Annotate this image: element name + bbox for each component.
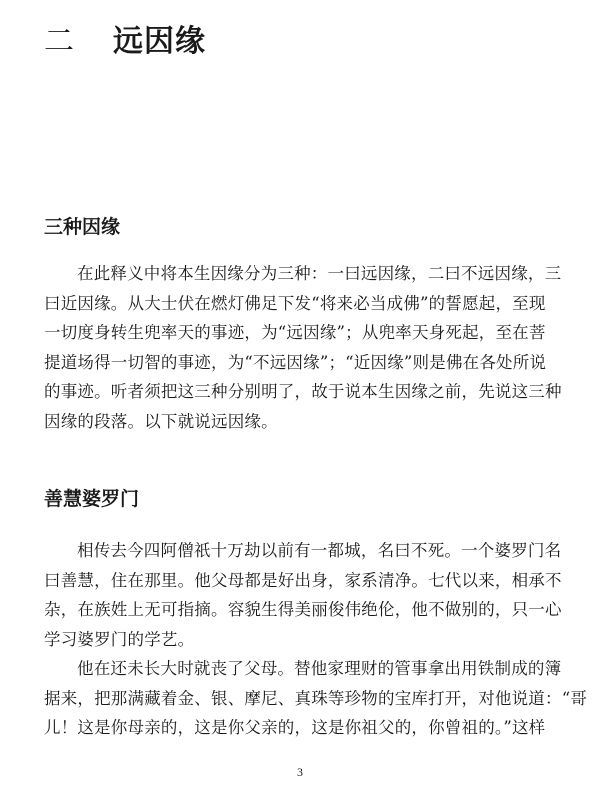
chapter-number: 二 [44,24,75,59]
paragraph: 相传去今四阿僧祇十万劫以前有一都城，名曰不死。一个婆罗门名 曰善慧，住在那里。他… [44,536,564,654]
chapter-title: 二远因缘 [44,16,206,60]
text-line: 因缘的段落。以下就说远因缘。 [44,407,564,437]
text-line: 学习婆罗门的学艺。 [44,625,564,655]
text-line: 一切度身转生兜率天的事迹，为“远因缘”；从兜率天身死起，至在菩 [44,318,564,348]
text-line: 杂，在族姓上无可指摘。容貌生得美丽俊伟绝伦，他不做别的，只一心 [44,595,564,625]
section-heading: 善慧婆罗门 [44,484,139,511]
paragraph: 他在还未长大时就丧了父母。替他家理财的管事拿出用铁制成的簿 据来，把那满藏着金、… [44,654,564,743]
text-line: 的事迹。听者须把这三种分别明了，故于说本生因缘之前，先说这三种 [44,377,564,407]
chapter-title-text: 远因缘 [113,24,206,59]
page-number: 3 [0,765,600,780]
text-line: 提道场得一切智的事迹，为“不远因缘”；“近因缘”则是佛在各处所说 [44,348,564,378]
text-line: 据来，把那满藏着金、银、摩尼、真珠等珍物的宝库打开，对他说道：“哥 [44,684,564,714]
text-line: 他在还未长大时就丧了父母。替他家理财的管事拿出用铁制成的簿 [44,654,564,684]
section-heading: 三种因缘 [44,212,120,239]
text-line: 相传去今四阿僧祇十万劫以前有一都城，名曰不死。一个婆罗门名 [44,536,564,566]
text-line: 曰近因缘。从大士伏在燃灯佛足下发“将来必当成佛”的誓愿起，至现 [44,289,564,319]
text-line: 在此释义中将本生因缘分为三种：一曰远因缘，二曰不远因缘，三 [44,259,564,289]
document-page: 二远因缘 三种因缘 在此释义中将本生因缘分为三种：一曰远因缘，二曰不远因缘，三 … [0,0,600,800]
text-line: 曰善慧，住在那里。他父母都是好出身，家系清净。七代以来，相承不 [44,566,564,596]
text-line: 儿！这是你母亲的，这是你父亲的，这是你祖父的，你曾祖的。”这样 [44,713,564,743]
paragraph: 在此释义中将本生因缘分为三种：一曰远因缘，二曰不远因缘，三 曰近因缘。从大士伏在… [44,259,564,436]
